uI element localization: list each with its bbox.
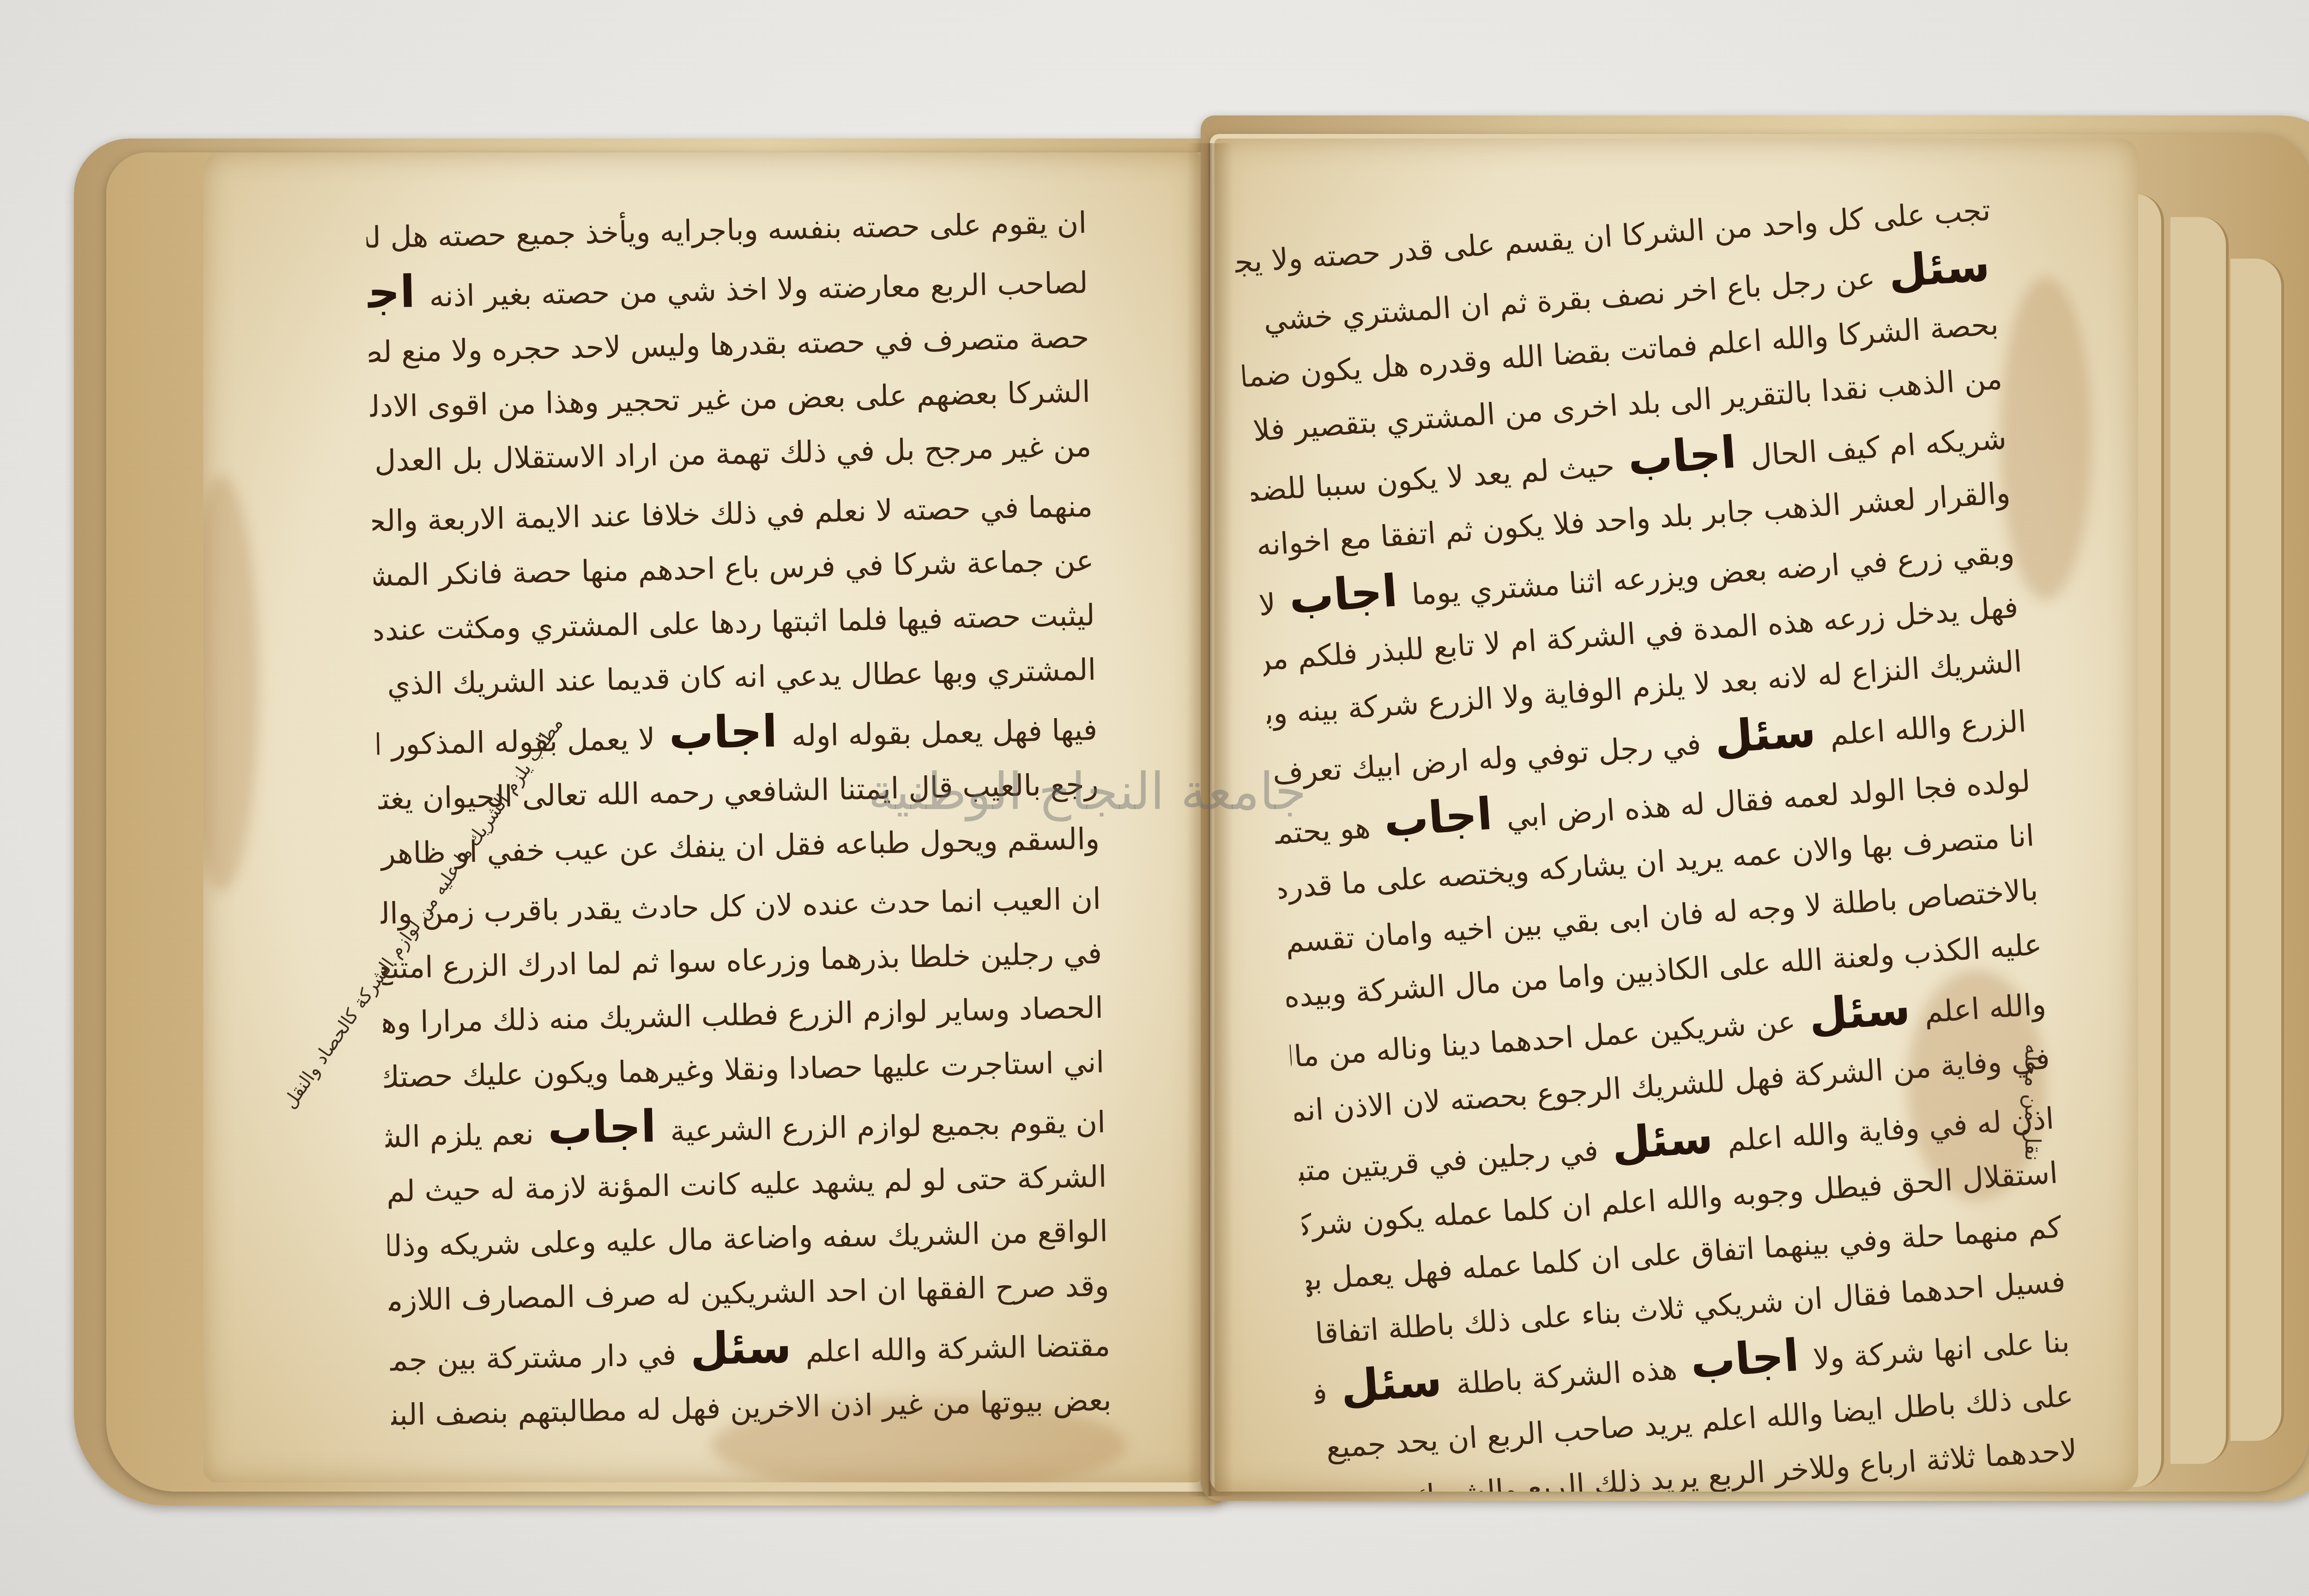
rubric-marker: اجاب <box>1621 426 1742 485</box>
rubric-marker: سئل <box>685 1321 797 1375</box>
page-edge-leaf <box>2170 217 2229 1464</box>
rubric-marker: سئل <box>1708 705 1822 764</box>
page-edge-leaf <box>2230 259 2284 1441</box>
rubric-marker: سئل <box>1605 1111 1719 1170</box>
rubric-marker: اجاب <box>1283 564 1404 624</box>
rubric-marker: سئل <box>1882 239 1996 298</box>
right-page: تجب على كل واحد من الشركا ان يقسم على قد… <box>1215 139 2138 1492</box>
rubric-marker: سئل <box>1802 982 1916 1041</box>
watermark: جامعة النجاح الوطنية <box>868 762 1306 821</box>
right-margin-note: نقل من محله <box>2020 1044 2046 1161</box>
right-page-text: تجب على كل واحد من الشركا ان يقسم على قد… <box>1233 183 2083 1492</box>
rubric-marker: سئل <box>1334 1354 1448 1413</box>
rubric-marker: اجاب <box>664 705 782 759</box>
rubric-marker: اجاب <box>1684 1329 1805 1389</box>
water-stain <box>203 476 259 891</box>
rubric-marker: اجاب <box>1378 787 1499 847</box>
rubric-marker: اجاب <box>543 1100 661 1155</box>
rubric-marker: اجاب <box>367 266 420 320</box>
